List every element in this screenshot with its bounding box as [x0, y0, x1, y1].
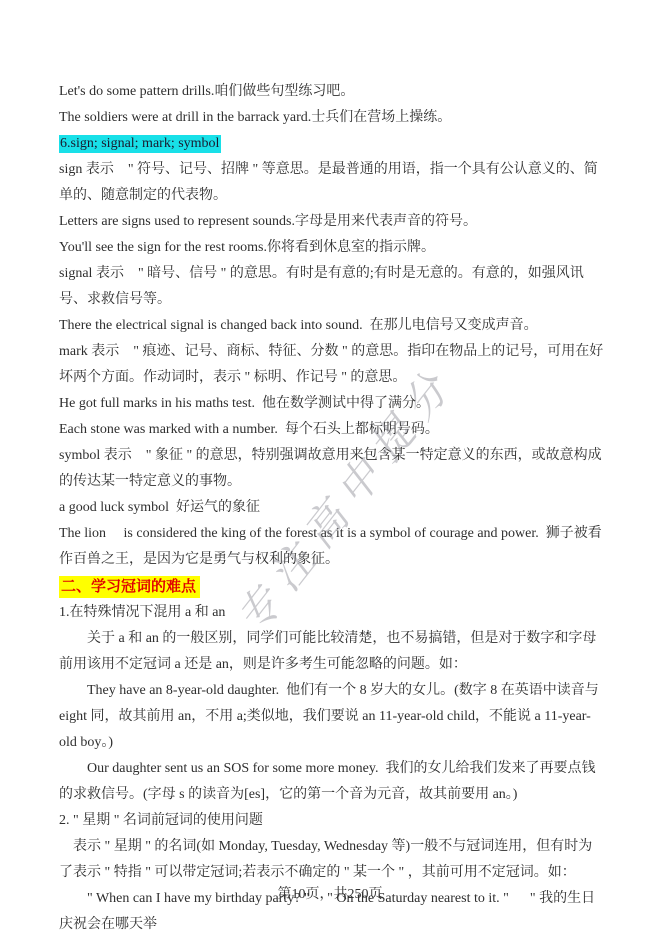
paragraph: symbol 表示 " 象征 " 的意思，特别强调故意用来包含某一特定意义的东西…	[59, 443, 605, 495]
section-heading: 二、学习冠词的难点	[59, 573, 605, 600]
paragraph: He got full marks in his maths test. 他在数…	[59, 391, 605, 417]
page-number-footer: 第10页，共250页	[0, 883, 660, 903]
paragraph: 关于 a 和 an 的一般区别，同学们可能比较清楚，也不易搞错，但是对于数字和字…	[59, 626, 605, 678]
paragraph: Our daughter sent us an SOS for some mor…	[59, 756, 605, 808]
document-body: Let's do some pattern drills.咱们做些句型练习吧。T…	[59, 79, 605, 933]
paragraph: sign 表示 " 符号、记号、招牌 " 等意思。是最普通的用语，指一个具有公认…	[59, 157, 605, 209]
highlighted-term-line: 6.sign; signal; mark; symbol	[59, 131, 605, 157]
paragraph: Let's do some pattern drills.咱们做些句型练习吧。	[59, 79, 605, 105]
yellow-highlight-text: 二、学习冠词的难点	[59, 576, 200, 598]
paragraph: signal 表示 " 暗号、信号 " 的意思。有时是有意的;有时是无意的。有意…	[59, 261, 605, 313]
paragraph: 表示 " 星期 " 的名词(如 Monday, Tuesday, Wednesd…	[59, 834, 605, 886]
paragraph: The lion is considered the king of the f…	[59, 521, 605, 573]
paragraph: a good luck symbol 好运气的象征	[59, 495, 605, 521]
paragraph: Letters are signs used to represent soun…	[59, 209, 605, 235]
paragraph: The soldiers were at drill in the barrac…	[59, 105, 605, 131]
paragraph: You'll see the sign for the rest rooms.你…	[59, 235, 605, 261]
paragraph: Each stone was marked with a number. 每个石…	[59, 417, 605, 443]
paragraph: They have an 8-year-old daughter. 他们有一个 …	[59, 678, 605, 756]
paragraph: mark 表示 " 痕迹、记号、商标、特征、分数 " 的意思。指印在物品上的记号…	[59, 339, 605, 391]
paragraph: 2. " 星期 " 名词前冠词的使用问题	[59, 808, 605, 834]
cyan-highlight-text: 6.sign; signal; mark; symbol	[59, 135, 221, 153]
paragraph: 1.在特殊情况下混用 a 和 an	[59, 600, 605, 626]
paragraph: There the electrical signal is changed b…	[59, 313, 605, 339]
